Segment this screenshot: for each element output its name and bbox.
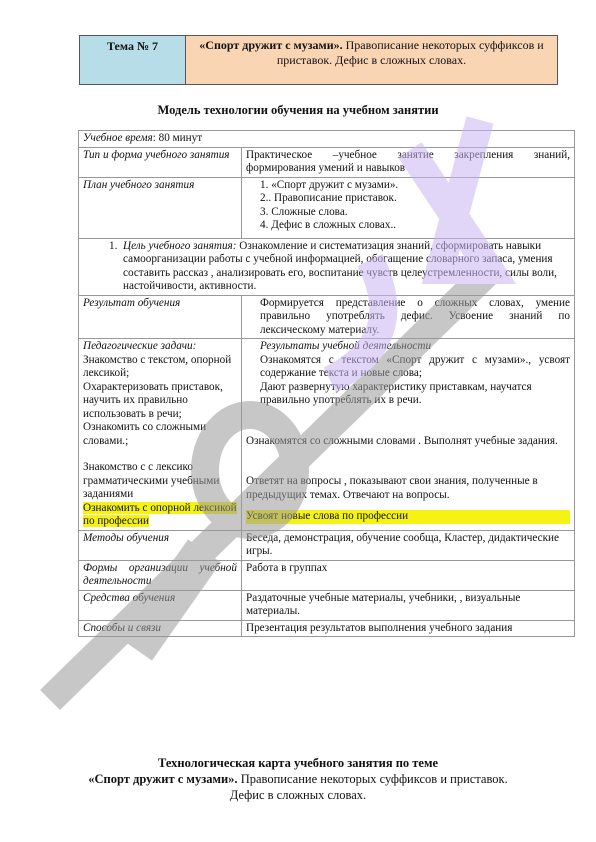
- topic-number: Тема № 7: [80, 36, 186, 84]
- activity-label: Результаты учебной деятельности: [246, 340, 570, 354]
- tasks-label: Педагогические задачи:: [83, 340, 237, 354]
- table-row: Педагогические задачи: Знакомство с текс…: [79, 339, 575, 531]
- means-value: Раздаточные учебные материалы, учебники,…: [242, 590, 575, 620]
- table-row: Средства обучения Раздаточные учебные ма…: [79, 590, 575, 620]
- forms-label: Формы организации учебной деятельности: [79, 560, 242, 590]
- goal-number: 1.: [109, 240, 117, 252]
- tasks-cell: Педагогические задачи: Знакомство с текс…: [79, 339, 242, 531]
- goal-cell: 1. Цель учебного занятия: Ознакомление и…: [79, 238, 575, 295]
- plan-list: 1. «Спорт дружит с музами». 2.. Правопис…: [242, 177, 575, 238]
- table-row: Результат обучения Формируется представл…: [79, 295, 575, 339]
- plan-item: 2.. Правописание приставок.: [260, 192, 570, 206]
- topic-title-bold: «Спорт дружит с музами».: [199, 38, 342, 52]
- plan-item: 1. «Спорт дружит с музами».: [260, 179, 570, 193]
- plan-item: 3. Сложные слова.: [260, 206, 570, 220]
- time-label: Учебное время: [83, 132, 153, 144]
- table-row: Формы организации учебной деятельности Р…: [79, 560, 575, 590]
- task-item: Ознакомить со сложными словами.;: [83, 421, 237, 448]
- table-row: Тип и форма учебного занятия Практическо…: [79, 147, 575, 177]
- tech-map-heading: Технологическая карта учебного занятия п…: [0, 755, 596, 803]
- time-value: : 80 минут: [153, 132, 202, 144]
- task-item: Знакомство с текстом, опорной лексикой;: [83, 354, 237, 381]
- activity-item: Ознакомятся со сложными словами . Выполн…: [246, 435, 570, 449]
- tech-map-title: Технологическая карта учебного занятия п…: [0, 755, 596, 771]
- tech-map-topic-bold: «Спорт дружит с музами».: [88, 772, 237, 786]
- ways-value: Презентация результатов выполнения учебн…: [242, 620, 575, 637]
- model-heading: Модель технологии обучения на учебном за…: [0, 103, 596, 118]
- methods-value: Беседа, демонстрация, обучение сообща, К…: [242, 530, 575, 560]
- plan-label: План учебного занятия: [79, 177, 242, 238]
- tech-map-topic-rest: Правописание некоторых суффиксов и прист…: [230, 772, 508, 802]
- means-label: Средства обучения: [79, 590, 242, 620]
- task-item: Охарактеризовать приставок, научить их п…: [83, 381, 237, 422]
- table-row: Способы и связи Презентация результатов …: [79, 620, 575, 637]
- result-value: Формируется представление о сложных слов…: [242, 295, 575, 339]
- table-row: План учебного занятия 1. «Спорт дружит с…: [79, 177, 575, 238]
- methods-label: Методы обучения: [79, 530, 242, 560]
- table-row: Методы обучения Беседа, демонстрация, об…: [79, 530, 575, 560]
- activity-cell: Результаты учебной деятельности Ознакомя…: [242, 339, 575, 531]
- task-item: Знакомство с с лексико грамматическими у…: [83, 461, 237, 502]
- plan-item: 4. Дефис в сложных словах..: [260, 219, 570, 233]
- time-cell: Учебное время: 80 минут: [79, 131, 575, 148]
- activity-item-highlighted: Усвоят новые слова по профессии: [246, 510, 570, 524]
- activity-item: Дают развернутую характеристику приставк…: [246, 381, 570, 408]
- topic-header: Тема № 7 «Спорт дружит с музами». Правоп…: [79, 35, 558, 85]
- topic-title: «Спорт дружит с музами». Правописание не…: [186, 36, 557, 84]
- task-item-highlighted: Ознакомить с опорной лексикой по професс…: [83, 502, 237, 528]
- type-label: Тип и форма учебного занятия: [79, 147, 242, 177]
- table-row: Учебное время: 80 минут: [79, 131, 575, 148]
- table-row: 1. Цель учебного занятия: Ознакомление и…: [79, 238, 575, 295]
- forms-value: Работа в группах: [242, 560, 575, 590]
- activity-item: Ознакомятся с текстом «Спорт дружит с му…: [246, 354, 570, 381]
- goal-label: Цель учебного занятия:: [123, 240, 237, 252]
- result-label: Результат обучения: [79, 295, 242, 339]
- activity-item: Ответят на вопросы , показывают свои зна…: [246, 475, 570, 502]
- type-value: Практическое –учебное занятие закреплени…: [242, 147, 575, 177]
- lesson-model-table: Учебное время: 80 минут Тип и форма учеб…: [78, 130, 575, 637]
- ways-label: Способы и связи: [79, 620, 242, 637]
